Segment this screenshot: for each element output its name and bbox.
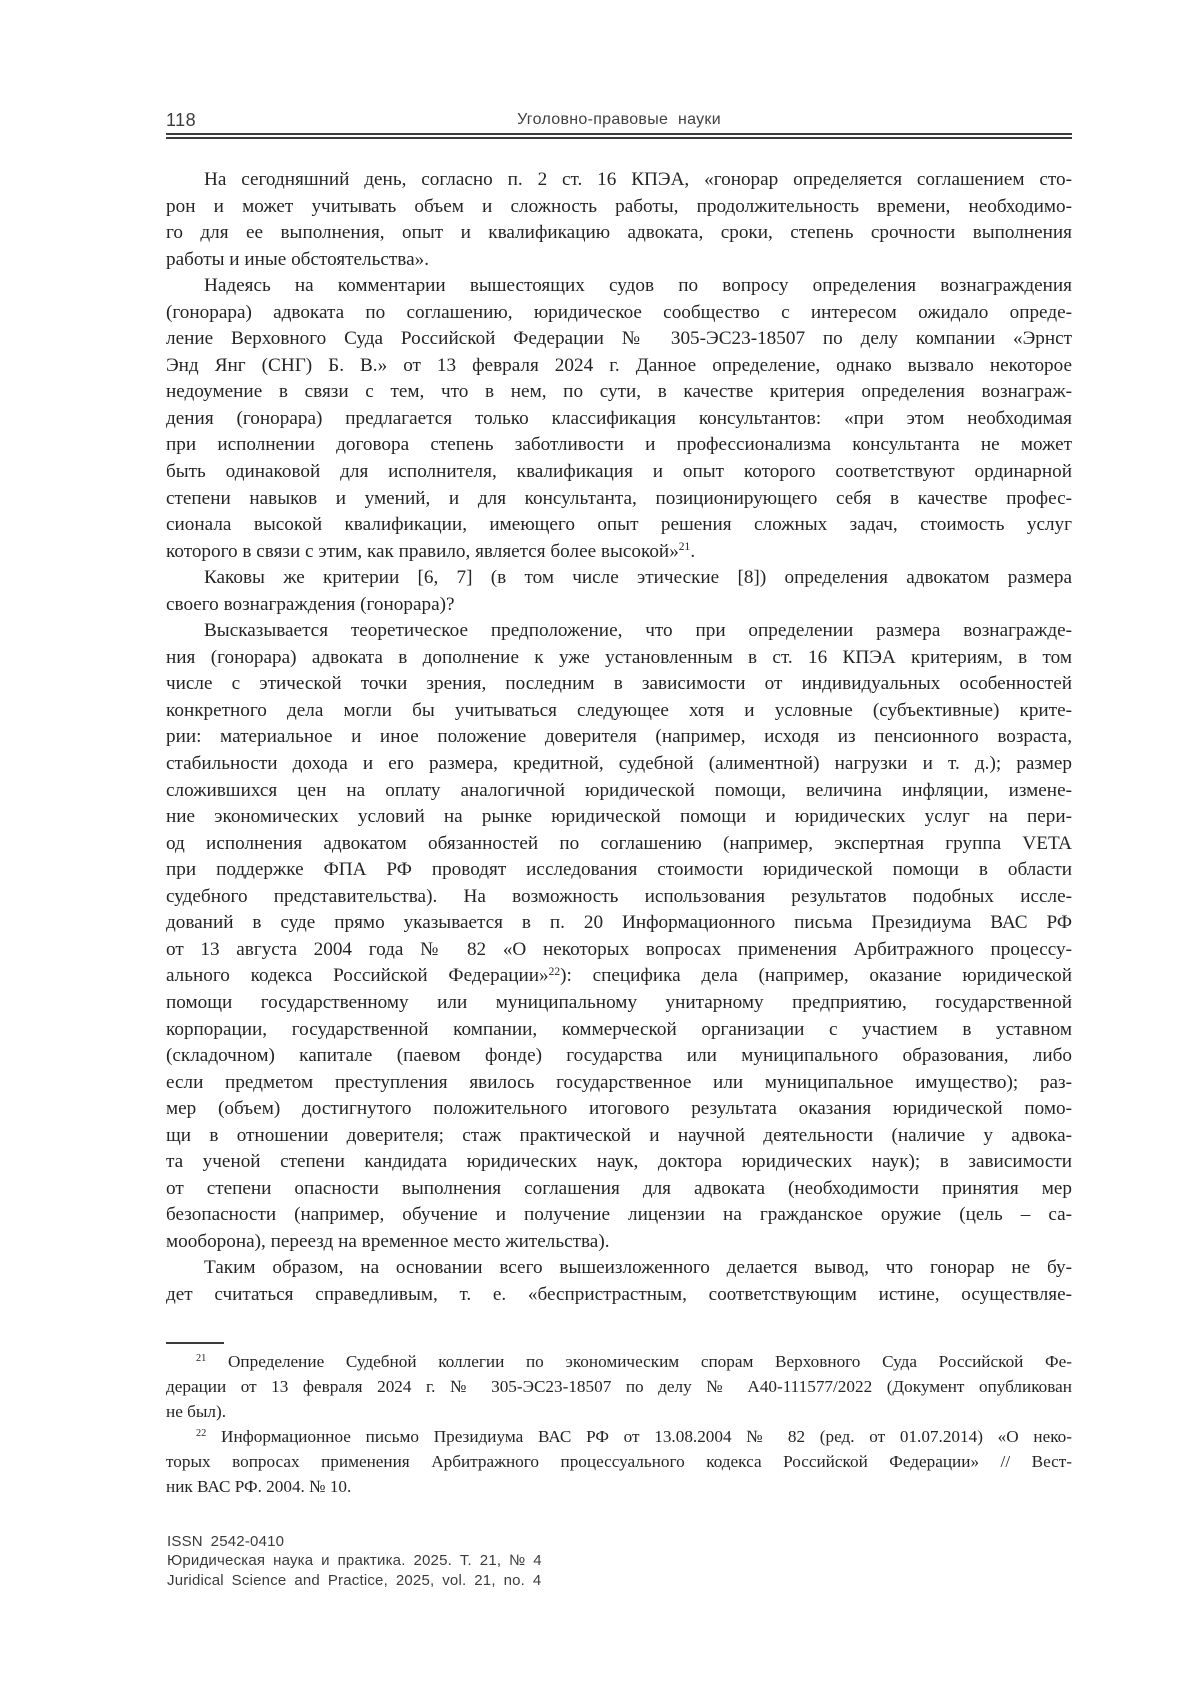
text-line: числе с этической точки зрения, последни… xyxy=(166,671,1072,698)
text-line: рии: материальное и иное положение довер… xyxy=(166,724,1072,751)
text-line: сложившихся цен на оплату аналогичной юр… xyxy=(166,778,1072,805)
running-head: 118 Уголовно-правовые науки xyxy=(166,104,1072,130)
paragraph: Надеясь на комментарии вышестоящих судов… xyxy=(166,273,1072,565)
text-line: которого в связи с этим, как правило, яв… xyxy=(166,539,1072,566)
text-line: ник ВАС РФ. 2004. № 10. xyxy=(166,1475,1072,1500)
text-line: быть одинаковой для исполнителя, квалифи… xyxy=(166,459,1072,486)
text-line: при исполнении договора степень заботлив… xyxy=(166,432,1072,459)
text-line: судебного представительства). На возможн… xyxy=(166,884,1072,911)
text-line: Высказывается теоретическое предположени… xyxy=(166,618,1072,645)
paragraph: 22 Информационное письмо Президиума ВАС … xyxy=(166,1425,1072,1500)
text-line: дерации от 13 февраля 2024 г. № 305-ЭС23… xyxy=(166,1375,1072,1400)
paragraph: Таким образом, на основании всего вышеиз… xyxy=(166,1255,1072,1308)
text-line: мер (объем) достигнутого положительного … xyxy=(166,1096,1072,1123)
text-line: недоумение в связи с тем, что в нем, по … xyxy=(166,379,1072,406)
text-line: стабильности дохода и его размера, креди… xyxy=(166,751,1072,778)
journal-citation-en: Juridical Science and Practice, 2025, vo… xyxy=(167,1571,867,1590)
imprint: ISSN 2542-0410 Юридическая наука и практ… xyxy=(167,1532,867,1590)
text-line: дения (гонорара) предлагается только кла… xyxy=(166,406,1072,433)
text-line: безопасности (например, обучение и получ… xyxy=(166,1202,1072,1229)
text-line: ние экономических условий на рынке юриди… xyxy=(166,804,1072,831)
text-line: (гонорара) адвоката по соглашению, юриди… xyxy=(166,300,1072,327)
text-line: конкретного дела могли бы учитываться сл… xyxy=(166,698,1072,725)
text-line: степени навыков и умений, и для консульт… xyxy=(166,486,1072,513)
running-title: Уголовно-правовые науки xyxy=(166,110,1072,130)
text-line: щи в отношении доверителя; стаж практиче… xyxy=(166,1123,1072,1150)
text-line: од исполнения адвокатом обязанностей по … xyxy=(166,831,1072,858)
text-line: ального кодекса Российской Федерации»22)… xyxy=(166,963,1072,990)
footnotes: 21 Определение Судебной коллегии по экон… xyxy=(166,1350,1072,1499)
text-line: если предметом преступления явилось госу… xyxy=(166,1070,1072,1097)
paragraph: Каковы же критерии [6, 7] (в том числе э… xyxy=(166,565,1072,618)
text-line: дований в суде прямо указывается в п. 20… xyxy=(166,910,1072,937)
text-line: 21 Определение Судебной коллегии по экон… xyxy=(166,1350,1072,1375)
footnote-separator xyxy=(166,1342,224,1344)
text-line: помощи государственному или муниципально… xyxy=(166,990,1072,1017)
text-line: Надеясь на комментарии вышестоящих судов… xyxy=(166,273,1072,300)
text-line: при поддержке ФПА РФ проводят исследован… xyxy=(166,857,1072,884)
paragraph: На сегодняшний день, согласно п. 2 ст. 1… xyxy=(166,167,1072,273)
text-line: та ученой степени кандидата юридических … xyxy=(166,1149,1072,1176)
paragraph: Высказывается теоретическое предположени… xyxy=(166,618,1072,1255)
issn: ISSN 2542-0410 xyxy=(167,1532,867,1551)
header-rule xyxy=(166,133,1072,139)
text-line: торых вопросах применения Арбитражного п… xyxy=(166,1450,1072,1475)
text-line: работы и иные обстоятельства». xyxy=(166,247,1072,274)
text-line: Таким образом, на основании всего вышеиз… xyxy=(166,1255,1072,1282)
text-line: Энд Янг (СНГ) Б. В.» от 13 февраля 2024 … xyxy=(166,353,1072,380)
text-line: (складочном) капитале (паевом фонде) гос… xyxy=(166,1043,1072,1070)
text-line: дет считаться справедливым, т. е. «беспр… xyxy=(166,1282,1072,1309)
text-line: ния (гонорара) адвоката в дополнение к у… xyxy=(166,645,1072,672)
text-line: своего вознаграждения (гонорара)? xyxy=(166,592,1072,619)
text-line: корпорации, государственной компании, ко… xyxy=(166,1017,1072,1044)
text-line: от степени опасности выполнения соглашен… xyxy=(166,1176,1072,1203)
text-line: Каковы же критерии [6, 7] (в том числе э… xyxy=(166,565,1072,592)
text-line: ление Верховного Суда Российской Федерац… xyxy=(166,326,1072,353)
text-line: от 13 августа 2004 года № 82 «О некоторы… xyxy=(166,937,1072,964)
text-line: мооборона), переезд на временное место ж… xyxy=(166,1229,1072,1256)
journal-page: 118 Уголовно-правовые науки На сегодняшн… xyxy=(0,0,1200,1697)
text-line: 22 Информационное письмо Президиума ВАС … xyxy=(166,1425,1072,1450)
text-line: го для ее выполнения, опыт и квалификаци… xyxy=(166,220,1072,247)
article-body: На сегодняшний день, согласно п. 2 ст. 1… xyxy=(166,167,1072,1309)
text-line: рон и может учитывать объем и сложность … xyxy=(166,194,1072,221)
text-line: не был). xyxy=(166,1400,1072,1425)
journal-citation-ru: Юридическая наука и практика. 2025. Т. 2… xyxy=(167,1551,867,1570)
paragraph: 21 Определение Судебной коллегии по экон… xyxy=(166,1350,1072,1425)
text-line: сионала высокой квалификации, имеющего о… xyxy=(166,512,1072,539)
text-line: На сегодняшний день, согласно п. 2 ст. 1… xyxy=(166,167,1072,194)
